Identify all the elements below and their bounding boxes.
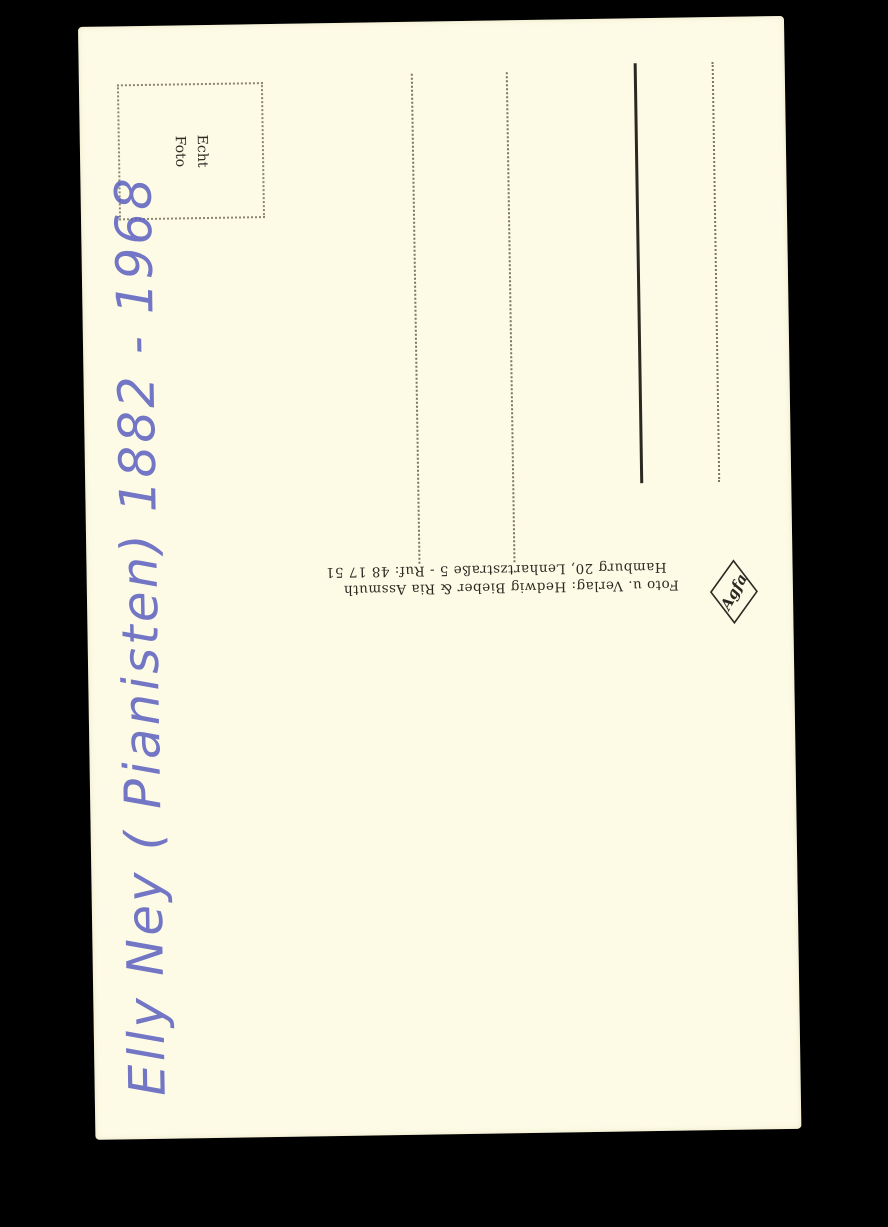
agfa-diamond-logo-icon: Agfa <box>706 556 761 627</box>
divider-line-2 <box>506 72 516 562</box>
address-line-dotted <box>712 62 721 482</box>
address-line-solid <box>634 63 644 483</box>
divider-line-1 <box>411 74 421 564</box>
postcard-back: Echt Foto Foto u. Verlag: Hedwig Bieber … <box>78 16 801 1140</box>
stamp-label-line-2: Foto <box>169 135 192 168</box>
stamp-box-label: Echt Foto <box>169 135 214 168</box>
stamp-label-line-1: Echt <box>191 135 214 168</box>
publisher-imprint: Foto u. Verlag: Hedwig Bieber & Ria Assm… <box>198 558 679 602</box>
handwritten-note: Elly Ney ( Pianisten) 1882 - 1968 <box>104 175 176 1097</box>
